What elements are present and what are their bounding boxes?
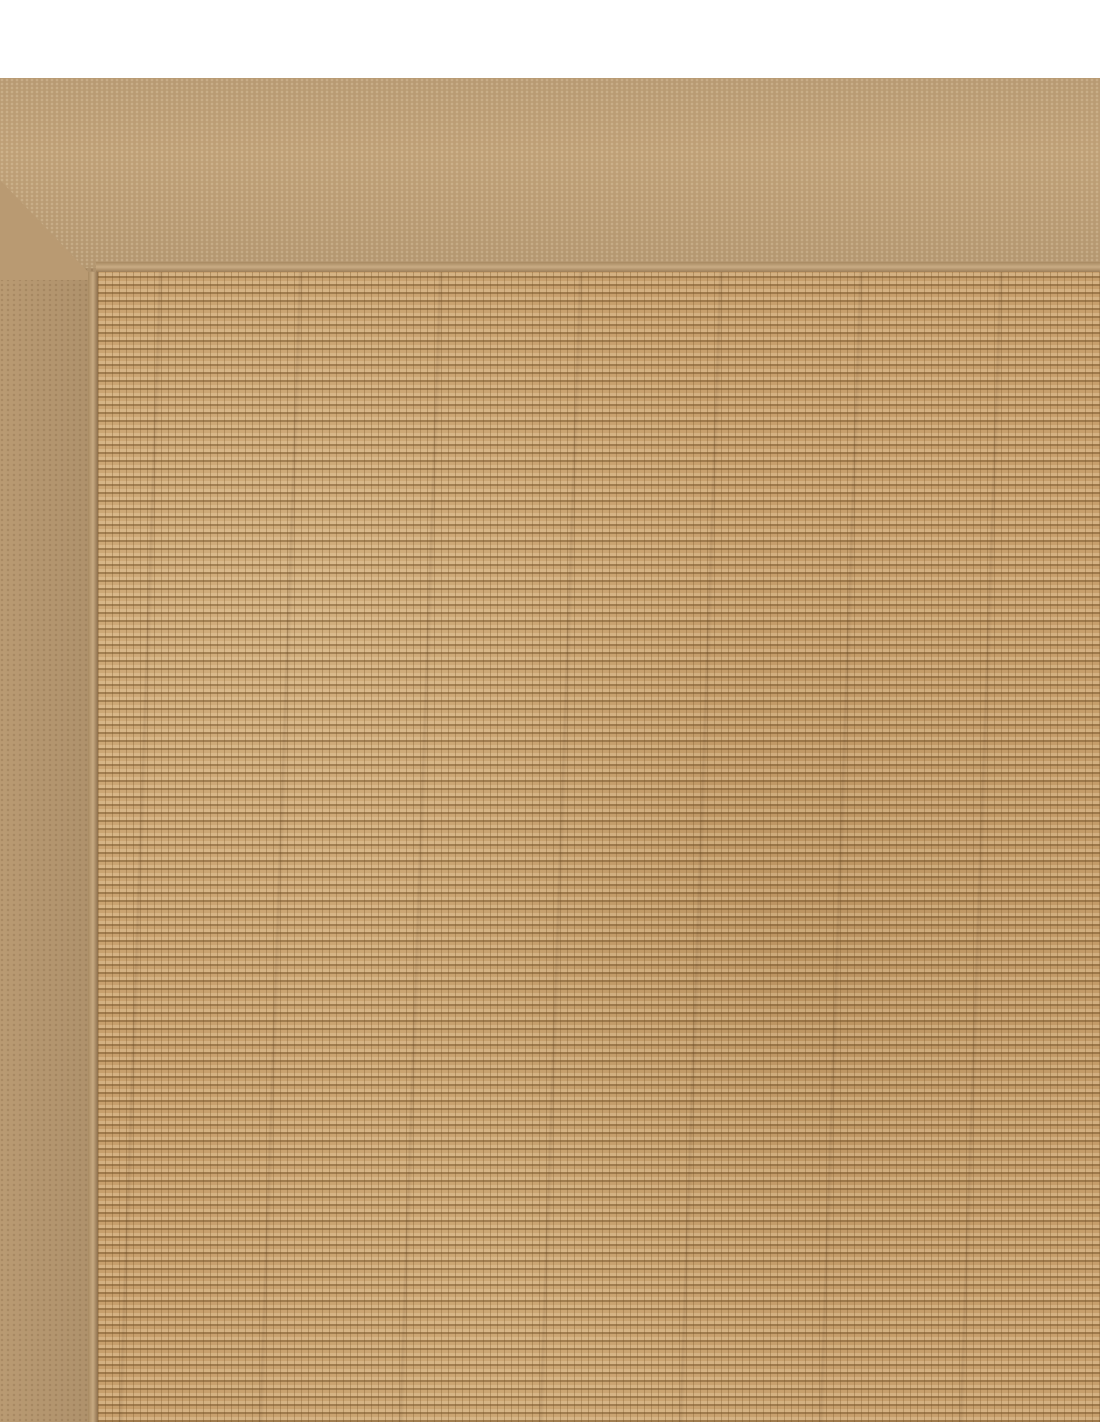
top-fabric-border — [0, 78, 1100, 268]
left-fabric-border — [0, 268, 96, 1422]
sisal-color-variation — [98, 272, 1100, 1422]
top-binding-seam — [96, 262, 1100, 272]
white-background — [0, 0, 1100, 78]
rug-photo — [0, 0, 1100, 1422]
left-binding-seam — [88, 272, 98, 1422]
